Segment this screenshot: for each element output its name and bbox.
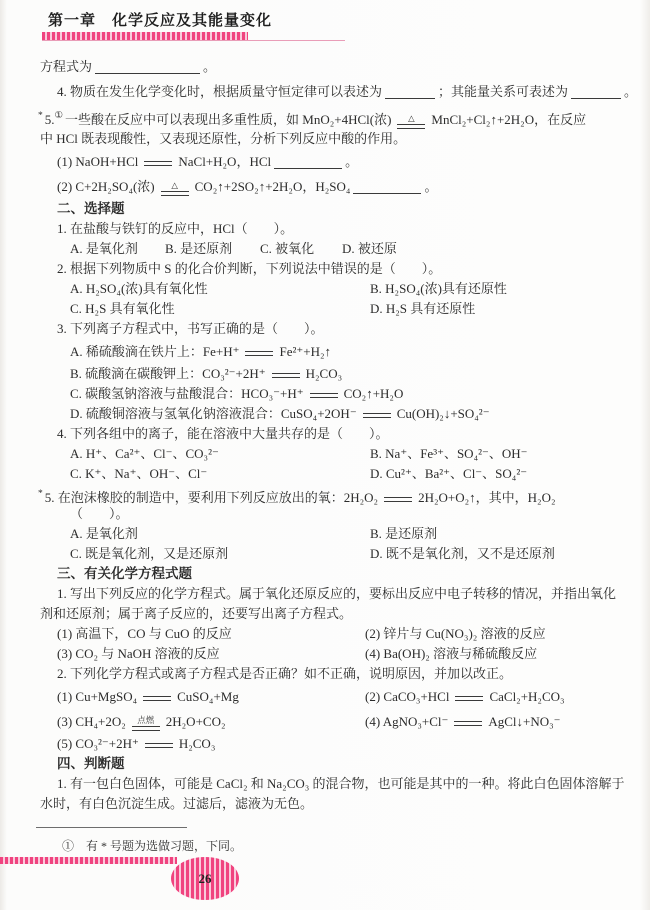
text-line: 1. 在盐酸与铁钉的反应中，HCl（ ）。: [0, 219, 650, 239]
text-line: 四、判断题: [0, 754, 650, 774]
superscript-mark: ①: [55, 111, 64, 121]
text-line: 剂和还原剂；属于离子反应的，还要写出离子方程式。: [0, 604, 650, 624]
text-line: 2. 下列化学方程式或离子方程式是否正确？如不正确，说明原因，并加以改正。: [0, 664, 650, 684]
text-column: A. H₂SO₄(浓)具有氧化性: [70, 279, 208, 299]
text-line: (3) CO₂ 与 NaOH 溶液的反应(4) Ba(OH)₂ 溶液与稀硫酸反应: [0, 644, 650, 664]
equation-equals-sign: [144, 161, 172, 166]
text-column: C. 被氧化: [260, 239, 314, 259]
text-line: (1) 高温下，CO 与 CuO 的反应(2) 锌片与 Cu(NO₃)₂ 溶液的…: [0, 624, 650, 644]
text-line: 中 HCl 既表现酸性，又表现还原性，分析下列反应中酸的作用。: [0, 129, 650, 149]
text-line: 4. 下列各组中的离子，能在溶液中大量共存的是（ ）。: [0, 424, 650, 444]
equation-equals-with-condition: 点燃: [132, 716, 160, 731]
text-line: 2. 根据下列物质中 S 的化合价判断，下列说法中错误的是（ ）。: [0, 259, 650, 279]
text-column: (2) CaCO₃+HClCaCl₂+H₂CO₃: [365, 684, 565, 709]
equation-equals-sign: [272, 373, 300, 378]
text-line: 二、选择题: [0, 199, 650, 219]
text-column: B. 是还原剂: [370, 524, 437, 544]
equation-equals-sign: [143, 696, 171, 701]
text-line: 1. 写出下列反应的化学方程式。属于氧化还原反应的，要标出反应中电子转移的情况，…: [0, 584, 650, 604]
text-column: D. 被还原: [342, 239, 397, 259]
fill-in-blank: [571, 85, 621, 99]
equation-equals-with-condition: △: [397, 114, 425, 129]
equation-equals-sign: [145, 743, 173, 748]
equation-equals-sign: [455, 696, 483, 701]
equation-equals-sign: [310, 393, 338, 398]
equals-double-line: [310, 393, 338, 398]
text-line: （ ）。: [0, 504, 650, 524]
text-column: B. H₂SO₄(浓)具有还原性: [370, 279, 507, 299]
footnote-text: ① 有 * 号题为选做习题，下同。: [62, 837, 242, 854]
text-column: D. H₂S 具有还原性: [370, 299, 475, 319]
equation-equals-with-condition: △: [161, 181, 189, 196]
page-number: 26: [199, 871, 212, 887]
text-column: (2) 锌片与 Cu(NO₃)₂ 溶液的反应: [365, 624, 546, 644]
fill-in-blank: [385, 85, 435, 99]
equals-double-line: [161, 191, 189, 196]
text-line: A. 是氧化剂B. 是还原剂C. 被氧化D. 被还原: [0, 239, 650, 259]
equals-double-line: [455, 696, 483, 701]
text-column: A. 是氧化剂: [70, 524, 138, 544]
equals-double-line: [245, 351, 273, 356]
header-underline: [42, 40, 345, 41]
equals-double-line: [132, 726, 160, 731]
text-line: 方程式为。: [0, 54, 650, 79]
equals-double-line: [454, 721, 482, 726]
text-column: D. 既不是氧化剂，又不是还原剂: [370, 544, 555, 564]
equation-equals-sign: [384, 497, 412, 502]
fill-in-blank: [274, 155, 342, 169]
equals-double-line: [363, 413, 391, 418]
text-line: (1) Cu+MgSO₄CuSO₄+Mg(2) CaCO₃+HClCaCl₂+H…: [0, 684, 650, 709]
superscript-mark: *: [38, 111, 43, 121]
text-column: B. 是还原剂: [165, 239, 232, 259]
reaction-condition-label: △: [408, 114, 415, 123]
text-line: (2) C+2H₂SO₄(浓)△CO₂↑+2SO₂↑+2H₂O，H₂SO₄。: [0, 174, 650, 199]
fill-in-blank: [353, 180, 421, 194]
equals-double-line: [397, 124, 425, 129]
reaction-condition-label: 点燃: [137, 716, 154, 725]
text-column: C. 既是氧化剂，又是还原剂: [70, 544, 228, 564]
text-line: 3. 下列离子方程式中，书写正确的是（ ）。: [0, 319, 650, 339]
text-column: (1) Cu+MgSO₄CuSO₄+Mg: [57, 684, 239, 709]
text-line: B. 硫酸滴在碳酸钾上：CO₃²⁻+2H⁺H₂CO₃: [0, 364, 650, 384]
equals-double-line: [144, 161, 172, 166]
text-column: (4) AgNO₃+Cl⁻AgCl↓+NO₃⁻: [365, 709, 561, 734]
chapter-title: 第一章 化学反应及其能量变化: [48, 9, 272, 30]
fill-in-blank: [95, 60, 200, 74]
text-column: (1) 高温下，CO 与 CuO 的反应: [57, 624, 232, 644]
text-line: C. 既是氧化剂，又是还原剂D. 既不是氧化剂，又不是还原剂: [0, 544, 650, 564]
text-column: (3) CO₂ 与 NaOH 溶液的反应: [57, 644, 220, 664]
text-line: (5) CO₃²⁻+2H⁺H₂CO₃: [0, 734, 650, 754]
text-line: (3) CH₄+2O₂点燃2H₂O+CO₂(4) AgNO₃+Cl⁻AgCl↓+…: [0, 709, 650, 734]
equation-equals-sign: [454, 721, 482, 726]
text-line: 4. 物质在发生化学变化时，根据质量守恒定律可以表述为；其能量关系可表述为。: [0, 79, 650, 104]
text-line: C. K⁺、Na⁺、OH⁻、Cl⁻D. Cu²⁺、Ba²⁺、Cl⁻、SO₄²⁻: [0, 464, 650, 484]
reaction-condition-label: △: [171, 181, 178, 190]
equals-double-line: [145, 743, 173, 748]
text-line: 1. 有一包白色固体，可能是 CaCl₂ 和 Na₂CO₃ 的混合物，也可能是其…: [0, 774, 650, 794]
text-column: (3) CH₄+2O₂点燃2H₂O+CO₂: [57, 709, 226, 734]
text-line: C. 碳酸氢钠溶液与盐酸混合：HCO₃⁻+H⁺CO₂↑+H₂O: [0, 384, 650, 404]
text-column: (4) Ba(OH)₂ 溶液与稀硫酸反应: [365, 644, 537, 664]
page-number-badge: 26: [171, 857, 239, 900]
text-line: A. H⁺、Ca²⁺、Cl⁻、CO₃²⁻B. Na⁺、Fe³⁺、SO₄²⁻、OH…: [0, 444, 650, 464]
equals-double-line: [384, 497, 412, 502]
equals-double-line: [143, 696, 171, 701]
textbook-page: 第一章 化学反应及其能量变化 方程式为。4. 物质在发生化学变化时，根据质量守恒…: [0, 0, 650, 910]
text-column: A. H⁺、Ca²⁺、Cl⁻、CO₃²⁻: [70, 444, 219, 464]
header-striped-bar: [42, 32, 248, 40]
text-column: A. 是氧化剂: [70, 239, 138, 259]
text-column: D. Cu²⁺、Ba²⁺、Cl⁻、SO₄²⁻: [370, 464, 527, 484]
equation-equals-sign: [363, 413, 391, 418]
footnote-divider: [36, 827, 187, 828]
text-line: D. 硫酸铜溶液与氢氧化钠溶液混合：CuSO₄+2OH⁻Cu(OH)₂↓+SO₄…: [0, 404, 650, 424]
text-column: C. H₂S 具有氧化性: [70, 299, 175, 319]
text-line: A. 是氧化剂B. 是还原剂: [0, 524, 650, 544]
text-line: C. H₂S 具有氧化性D. H₂S 具有还原性: [0, 299, 650, 319]
exercise-content: 方程式为。4. 物质在发生化学变化时，根据质量守恒定律可以表述为；其能量关系可表…: [0, 54, 650, 814]
text-line: *5. 在泡沫橡胶的制造中，要利用下列反应放出的氧：2H₂O₂2H₂O+O₂↑，…: [0, 484, 650, 504]
text-line: A. 稀硫酸滴在铁片上：Fe+H⁺Fe²⁺+H₂↑: [0, 339, 650, 364]
superscript-mark: *: [38, 489, 43, 499]
text-line: *5.①一些酸在反应中可以表现出多重性质，如 MnO₂+4HCl(浓)△MnCl…: [0, 104, 650, 129]
footer-striped-bar: [0, 857, 177, 864]
text-line: 水时，有白色沉淀生成。过滤后，滤液为无色。: [0, 794, 650, 814]
text-column: C. K⁺、Na⁺、OH⁻、Cl⁻: [70, 464, 207, 484]
text-line: A. H₂SO₄(浓)具有氧化性B. H₂SO₄(浓)具有还原性: [0, 279, 650, 299]
text-column: B. Na⁺、Fe³⁺、SO₄²⁻、OH⁻: [370, 444, 528, 464]
text-line: (1) NaOH+HClNaCl+H₂O，HCl。: [0, 149, 650, 174]
equals-double-line: [272, 373, 300, 378]
equation-equals-sign: [245, 351, 273, 356]
text-line: 三、有关化学方程式题: [0, 564, 650, 584]
